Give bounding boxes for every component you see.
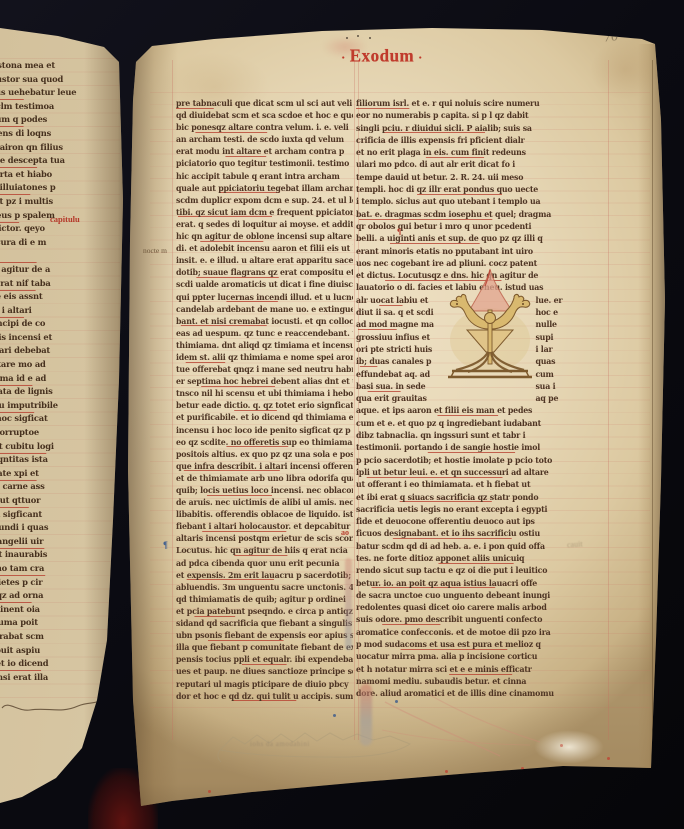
laver-illustration (436, 266, 548, 390)
manuscript-line: Locutus. hic qn agitur de hiis q erat nc… (176, 544, 348, 556)
manuscript-line: et ibi erat q siuacs sacrificia qz statr… (356, 491, 599, 503)
manuscript-line: an archam testi. de scdo iuxta qd velum (176, 133, 348, 145)
parchment-scuff (534, 730, 604, 764)
manuscript-line: qd diuidebat scm et sca scdoe et hoc e q… (176, 109, 348, 121)
manuscript-line: et no erit plaga in eis. cum finit redeu… (356, 146, 599, 158)
blue-ink-speck (395, 700, 398, 703)
manuscript-line: reputari ul magis pticipare de diuio pbc… (176, 678, 348, 690)
manuscript-line: tempe dauid ut betur. 2. R. 24. uii meso (356, 171, 599, 183)
manuscript-line: erat modu int altare et archam contra p (176, 145, 348, 157)
manuscript-line: betur. io. an poit qz aqua istius lauacr… (356, 577, 599, 589)
manuscript-line: singli pciu. r diuidui sicli. P aialib; … (356, 122, 599, 134)
manuscript-line: pre tabnaculi que dicat scm ul sci aut v… (176, 97, 348, 109)
manuscript-line-fragment: qua erit grauitas (356, 392, 434, 404)
manuscript-line: ues et paup. ne diues sanctioze principe… (176, 665, 348, 677)
manuscript-line: quib; locis uetius loco incensi. nec obl… (176, 484, 348, 496)
manuscript-line-fragment: diut ii sa. q et scdi (356, 306, 434, 318)
manuscript-line-fragment: basi sua. in sede (356, 380, 434, 392)
red-pilcrow-mark: ¶ (397, 227, 401, 236)
manuscript-line: qr obolos qui betur i mro q unor pcedent… (356, 220, 599, 232)
gutter-smudge (345, 558, 352, 650)
red-edge-speck (445, 770, 448, 773)
manuscript-line: bic ponesqz altare contra velum. i. e. v… (176, 121, 348, 133)
manuscript-line: filiorum isrl. et e. r qui noluis scire … (356, 97, 599, 109)
manuscript-line: altaris incensi postqm erietur de scis s… (176, 532, 348, 544)
manuscript-line: testimonii. portando i de sangie hostie … (356, 441, 599, 453)
manuscript-line: tue offerebat qnqz i mane sed neutru hab… (176, 363, 348, 375)
margin-note: nocte m (143, 246, 167, 255)
manuscript-line: dotib; suaue flagrans qz erat compositu … (176, 266, 348, 278)
manuscript-line: thimiama. dnt aliqd qz timiama et incens… (176, 339, 348, 351)
manuscript-line: p pcio sacerdotib; et hostie imolate p p… (356, 454, 599, 466)
manuscript-line-fragment: ori pte stricti huis (356, 343, 434, 355)
ghost-inscription: iohs da amodahini (250, 740, 310, 748)
manuscript-line: ubn psonis fiebant de expensis eor apius… (176, 629, 348, 641)
manuscript-line-fragment: effundebat aq. ad (356, 368, 434, 380)
dark-speck (346, 37, 348, 39)
manuscript-line: dore. aliud aromatici et de illis dine c… (356, 687, 599, 699)
ruling-vertical (354, 60, 355, 740)
manuscript-line: hic qn agitur de oblone incensi sup alta… (176, 230, 348, 242)
manuscript-line: et expensis. 2m erit lauacru p sacerdoti… (176, 569, 348, 581)
title-dot: · (414, 49, 427, 64)
red-edge-speck (607, 757, 610, 760)
manuscript-line: erant minoris etatis no pputabant int ui… (356, 245, 599, 257)
manuscript-line: qd thimiamatis de quib; agitur p ordinei (176, 593, 348, 605)
manuscript-line: tnsco nil hi scensu et ubi thimiama i he… (176, 387, 348, 399)
manuscript-line: di. et adolebit incensu aaron et filii e… (176, 242, 348, 254)
manuscript-line: ad pdca cibenda quor unu erit pecunia (176, 557, 348, 569)
manuscript-line: ut offerant i eo thimiamata. et h fiebat… (356, 478, 599, 490)
manuscript-line: cum et e. et quo pz q ingrediebant iudab… (356, 417, 599, 429)
parchment-stain (590, 40, 660, 100)
dark-speck (369, 37, 371, 39)
manuscript-line-fragment: grossiuu infius et (356, 331, 434, 343)
manuscript-line: uocatur mirra pma. alia p incisione cort… (356, 650, 599, 662)
manuscript-line: pensis tocius ppli et equalr. ibi expend… (176, 653, 348, 665)
manuscript-line: templi. hoc di qz illr erat pondus quo u… (356, 183, 599, 195)
manuscript-line-fragment: ib; duas canales p (356, 355, 434, 367)
manuscript-line: i templo. siclus aut quo utebant i templ… (356, 195, 599, 207)
manuscript-line: et purificabile. et io dicend qd thimiam… (176, 411, 348, 423)
manuscript-line: incensu i hoc loco ide penito sigficat q… (176, 424, 348, 436)
manuscript-line: p mod sudacoms et usa est pura et melioz… (356, 638, 599, 650)
running-title: ·Exodum· (312, 45, 452, 66)
manuscript-line: piciatorio quo tegitur testimonii. testi… (176, 157, 348, 169)
manuscript-line: qui ppter lucernas incendi illud. et u l… (176, 291, 348, 303)
manuscript-line: hic accipit tabule q erant intra archam (176, 170, 348, 182)
margin-note-faint: cauit (567, 539, 583, 549)
manuscript-line: de aruis. nec uictimis de alibi ul amis.… (176, 496, 348, 508)
manuscript-line: ipli ut betur leui. e. et qn successuri … (356, 466, 599, 478)
manuscript-line: qua erit grauitasaq pe (356, 392, 599, 404)
red-margin-mark: ao (341, 528, 349, 537)
manuscript-line: libabitis. offerendis oblacoe de liquido… (176, 508, 348, 520)
manuscript-line: belli. a uiginti anis et sup. de quo pz … (356, 232, 599, 244)
blue-pilcrow-mark: ¶ (163, 540, 168, 550)
manuscript-line: scdm duplicr expom dcm e sup. 24. et ul … (176, 194, 348, 206)
manuscript-line: ulari mo pdco. di aut alr erit dicat fo … (356, 158, 599, 170)
manuscript-line: candelab ardebant de mane uo. e extingue (176, 303, 348, 315)
text-column-left: pre tabnaculi que dicat scm ul sci aut v… (176, 97, 353, 702)
red-edge-speck (208, 790, 211, 793)
pole-knob (485, 313, 496, 324)
text-column-right: filiorum isrl. et e. r qui noluis scire … (356, 97, 606, 700)
blue-ink-speck (333, 714, 336, 717)
manuscript-line: de sacra unctoe cuo unguento debeant inu… (356, 589, 599, 601)
manuscript-line: quale aut ppiciatoriu tegebat illam arch… (176, 182, 348, 194)
ruling-vertical (172, 60, 173, 740)
manuscript-line: aque. et ips aaron et filii eis man et p… (356, 404, 599, 416)
manuscript-line: et h notatur mirra sci et e e minis effi… (356, 663, 599, 675)
title-dot: · (337, 49, 350, 64)
manuscript-line: bant. et nisi cremabat iocusti. et qn co… (176, 315, 348, 327)
manuscript-line: aromatice confecconis. et de motoe dii p… (356, 626, 599, 638)
manuscript-line: fiebant i altari holocaustor. et depcabi… (176, 520, 348, 532)
manuscript-line: batur scdm qd di ad heb. a. e. i pon qui… (356, 540, 599, 552)
manuscript-line: que infra describit. i altari incensi of… (176, 460, 348, 472)
manuscript-line: et pcia patebunt pseqndo. e circa p anti… (176, 605, 348, 617)
manuscript-line: sidand qd sacrificia que fiebant a singu… (176, 617, 348, 629)
manuscript-line: rendo sicut sup tactu e qz oi die put i … (356, 564, 599, 576)
dark-speck (357, 35, 359, 37)
manuscript-line: ficuos designabant. et io ihs sacrificiu… (356, 527, 599, 539)
base-bars (448, 371, 532, 377)
page-edge-line (652, 60, 653, 760)
ribbon-smudge (360, 684, 372, 746)
manuscript-line: eo qz scdite. no offeretis sup eo thimia… (176, 436, 348, 448)
manuscript-line: tes. ne forte ditioz apponet aliis unicu… (356, 552, 599, 564)
manuscript-line: sacrificia uetis legis no erant excepta … (356, 503, 599, 515)
manuscript-line: erat. q sedes di loquitur ai moyse. et a… (176, 218, 348, 230)
manuscript-line: illa que fiebant p comunitate fiebant de… (176, 641, 348, 653)
manuscript-line: bat. e. dragmas scdm iosephu et quel; dr… (356, 208, 599, 220)
manuscript-line: insit. e. e illud. u altare erat apparit… (176, 254, 348, 266)
manuscript-line: suis odore. pmo describit unguenti confe… (356, 613, 599, 625)
manuscript-line: betur eade dictio. q. qz totet erio sign… (176, 399, 348, 411)
manuscript-line: redolentes quasi dicet oio carere malis … (356, 601, 599, 613)
running-title-text: Exodum (350, 45, 414, 65)
ruling-vertical (608, 60, 609, 740)
manuscript-line: fide et deuocone offerentiu deuoco aut i… (356, 515, 599, 527)
manuscript-line: namomi mediu. subaudis betur. et cinna (356, 675, 599, 687)
manuscript-line-fragment: alr uocat labiu et (356, 294, 434, 306)
manuscript-photo: bmur alcare mostona mea etde altari holo… (0, 0, 684, 829)
manuscript-line-fragment: ad mod magne ma (356, 318, 434, 330)
manuscript-line: scdi ualde aromaticis ut dicat i fine di… (176, 278, 348, 290)
manuscript-line: crificia de illis expensis fri pficient … (356, 134, 599, 146)
flame-finial (469, 269, 512, 311)
manuscript-line: et de thimiamate arb uno libra odorifa q… (176, 472, 348, 484)
manuscript-line: abluendis. 3m unguentu sacre unctonis. 4… (176, 581, 348, 593)
manuscript-line: tibi. qz sicut iam dcm e frequent ppicia… (176, 206, 348, 218)
manuscript-line: er septima hoc hebrei debent alias dnt e… (176, 375, 348, 387)
manuscript-line: dor et hoc e qd dz. qui tulit u accipis.… (176, 690, 348, 702)
manuscript-line-fragment: aq pe (535, 392, 591, 404)
manuscript-line: idem st. alii qz thimiama e nome spei ar… (176, 351, 348, 363)
manuscript-line: eas ad uespum. qz tunc e reaccendebant. … (176, 327, 348, 339)
manuscript-line: positois altius. ex quo pz qz una sola e… (176, 448, 348, 460)
rubric-word: capitulu (50, 214, 80, 224)
manuscript-line: eor no numerabis p capita. si p l qz dab… (356, 109, 599, 121)
red-edge-speck (560, 744, 563, 747)
manuscript-line: dibz tabnaclia. qn ingssuri sunt et tabr… (356, 429, 599, 441)
